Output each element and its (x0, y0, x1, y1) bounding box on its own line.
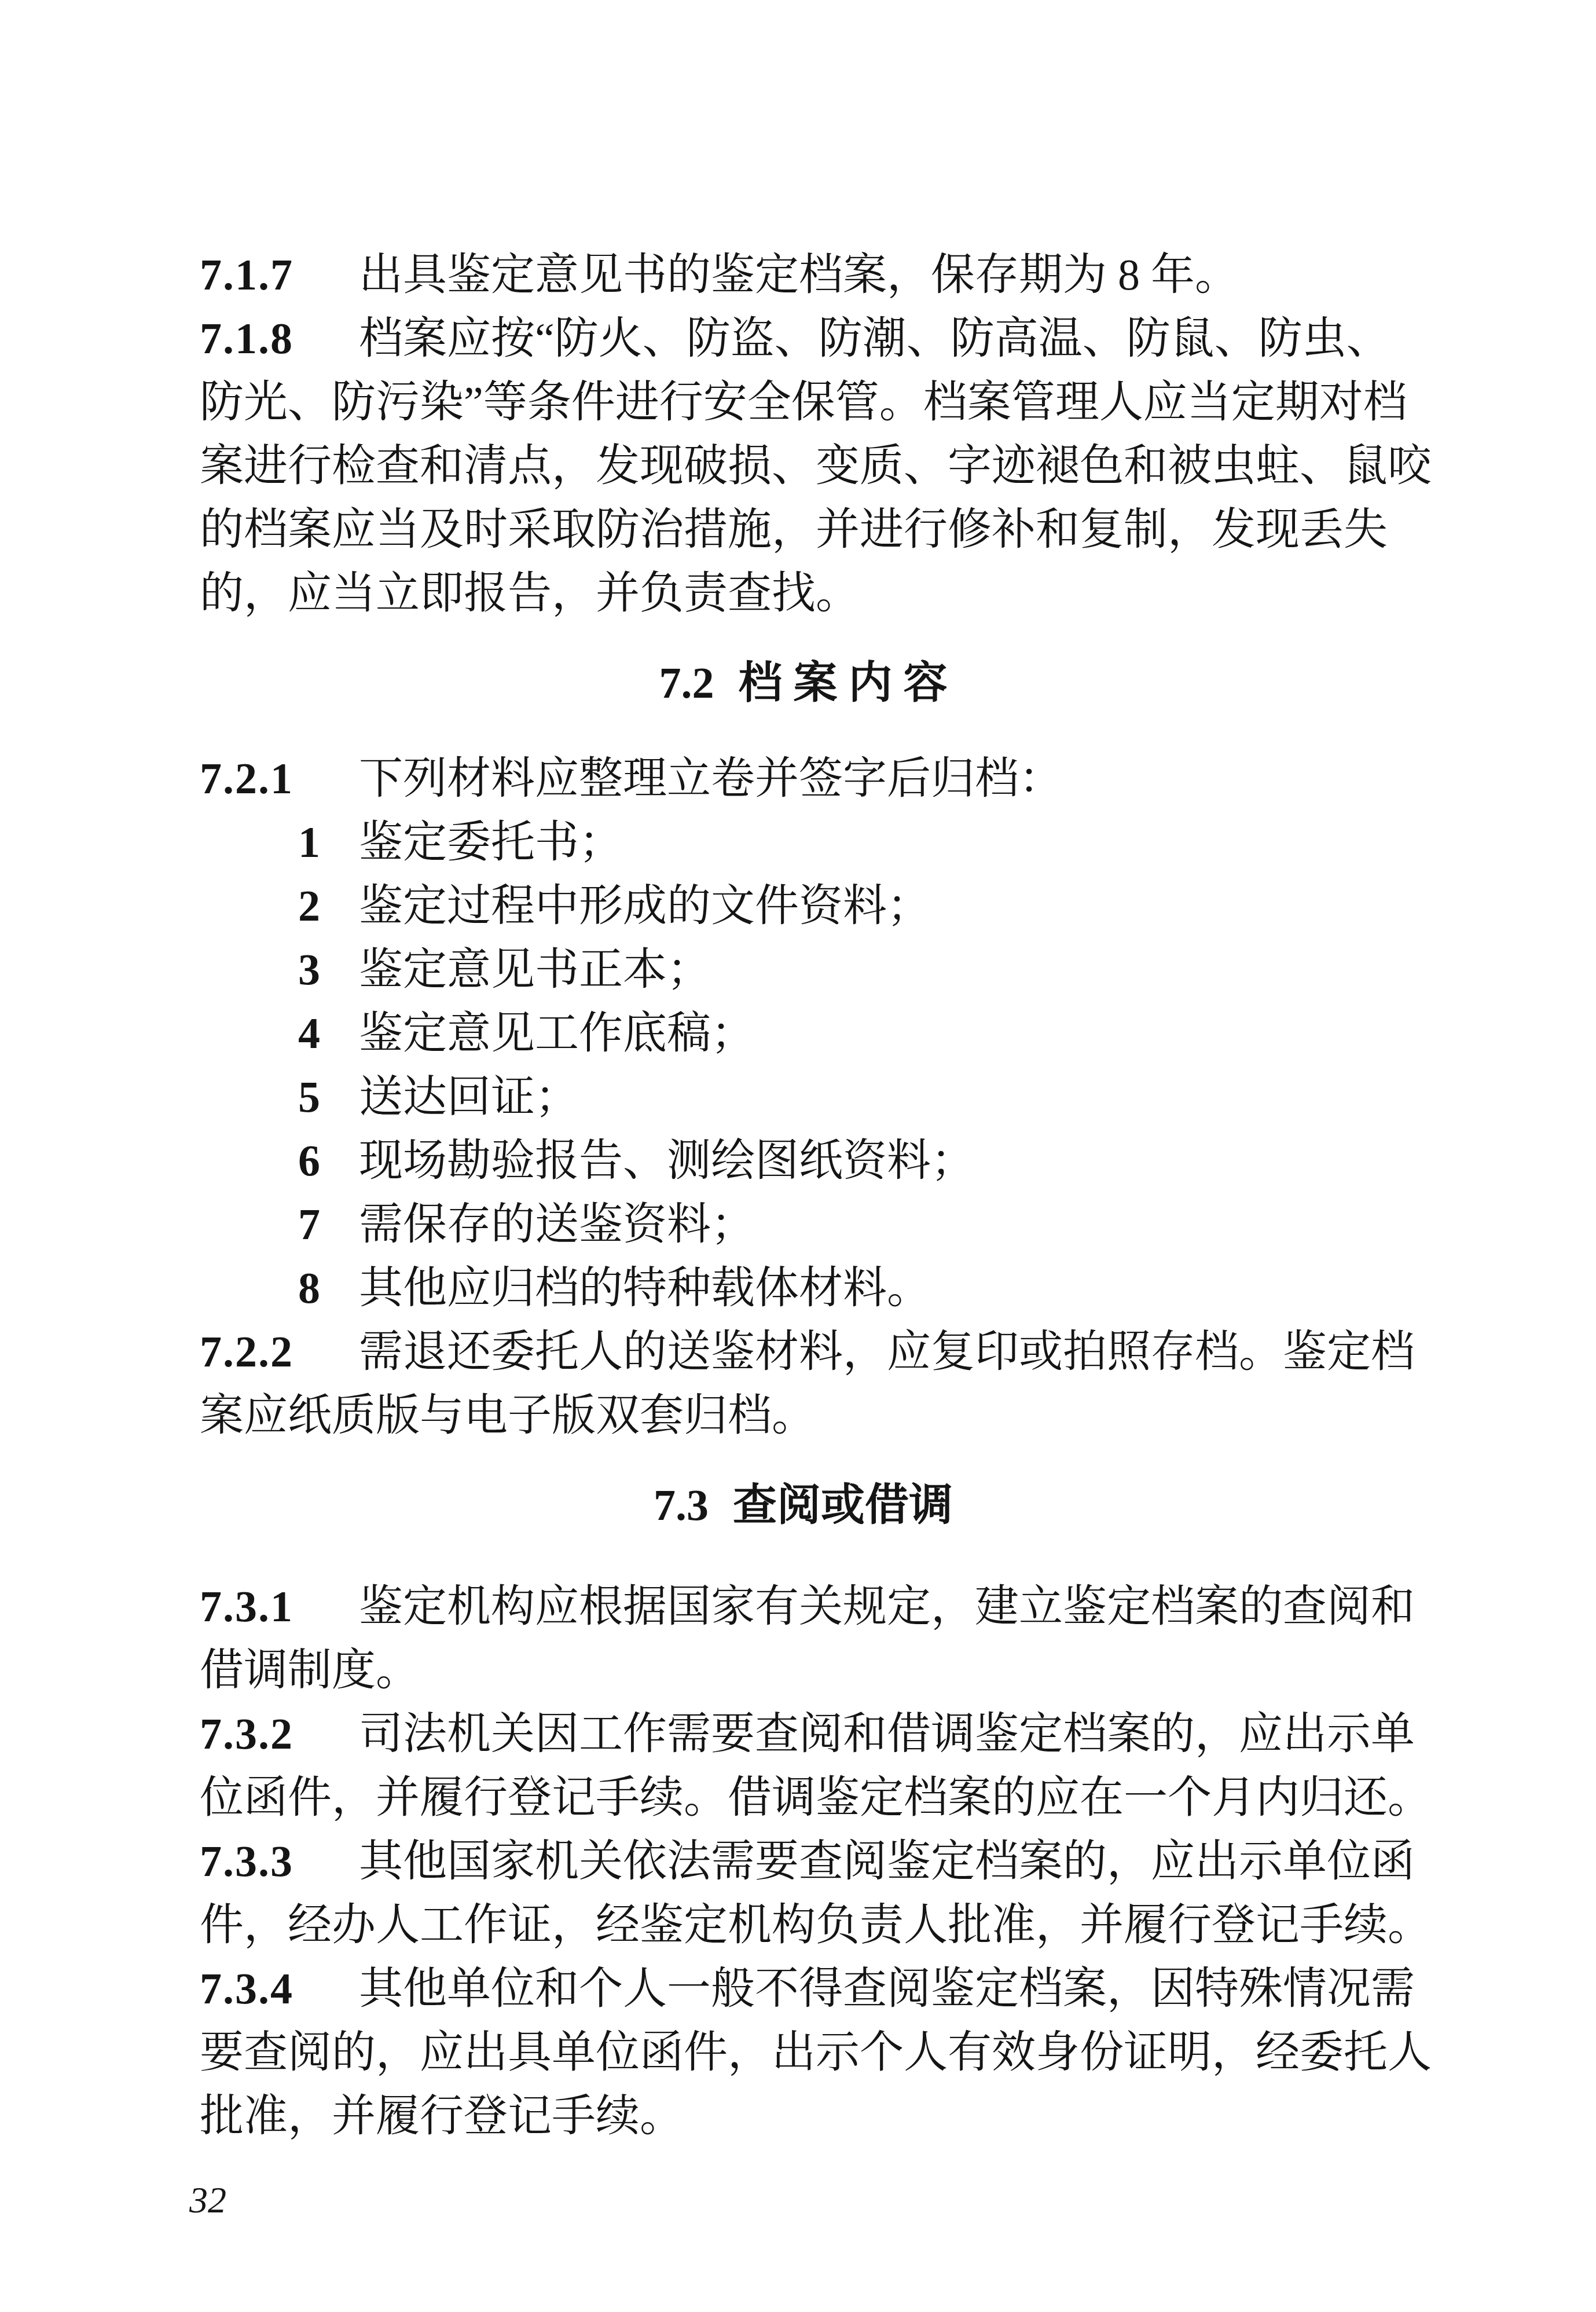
clause-7-3-4: 7.3.4其他单位和个人一般不得查阅鉴定档案，因特殊情况需 要查阅的，应出具单位… (200, 1957, 1459, 2148)
clause-number: 7.1.8 (200, 307, 359, 371)
section-heading-7-3: 7.3查阅或借调 (174, 1474, 1433, 1537)
section-number: 7.2 (659, 659, 714, 708)
clause-7-3-3: 7.3.3其他国家机关依法需要查阅鉴定档案的，应出示单位函 件，经办人工作证，经… (200, 1830, 1459, 1957)
list-item-number: 3 (298, 938, 359, 1002)
clause-7-1-7: 7.1.7出具鉴定意见书的鉴定档案，保存期为 8 年。 (200, 243, 1459, 307)
scanned-document-page: { "page": { "background": "#ffffff", "te… (0, 0, 1596, 2312)
list-item: 7需保存的送鉴资料； (200, 1193, 1459, 1256)
clause-text: 档案应按“防火、防盗、防潮、防高温、防鼠、防虫、 防光、防污染”等条件进行安全保… (200, 314, 1432, 618)
list-item: 8其他应归档的特种载体材料。 (200, 1256, 1459, 1320)
section-number: 7.3 (654, 1481, 709, 1530)
list-item-number: 2 (298, 874, 359, 938)
list-item: 3鉴定意见书正本； (200, 938, 1459, 1002)
list-item-text: 鉴定委托书； (359, 818, 623, 867)
list-item-number: 6 (298, 1129, 359, 1193)
section-title: 查阅或借调 (733, 1481, 953, 1530)
page-number: 32 (189, 2168, 1459, 2232)
list-item: 2鉴定过程中形成的文件资料； (200, 874, 1459, 938)
list-item: 5送达回证； (200, 1065, 1459, 1129)
archive-materials-list: 1鉴定委托书； 2鉴定过程中形成的文件资料； 3鉴定意见书正本； 4鉴定意见工作… (200, 811, 1459, 1320)
list-item-number: 5 (298, 1065, 359, 1129)
clause-text: 出具鉴定意见书的鉴定档案，保存期为 8 年。 (359, 251, 1239, 299)
list-item-text: 需保存的送鉴资料； (359, 1200, 755, 1249)
clause-number: 7.3.3 (200, 1830, 359, 1893)
clause-text: 其他单位和个人一般不得查阅鉴定档案，因特殊情况需 要查阅的，应出具单位函件，出示… (200, 1965, 1432, 2141)
clause-number: 7.3.2 (200, 1702, 359, 1766)
clause-number: 7.1.7 (200, 243, 359, 307)
list-item-text: 送达回证； (359, 1073, 579, 1122)
clause-7-2-2: 7.2.2需退还委托人的送鉴材料，应复印或拍照存档。鉴定档 案应纸质版与电子版双… (200, 1320, 1459, 1448)
section-title: 档 案 内 容 (739, 659, 948, 708)
clause-number: 7.3.1 (200, 1575, 359, 1639)
clause-7-3-2: 7.3.2司法机关因工作需要查阅和借调鉴定档案的，应出示单 位函件，并履行登记手… (200, 1702, 1459, 1830)
list-item-text: 鉴定过程中形成的文件资料； (359, 882, 931, 930)
list-item-number: 4 (298, 1002, 359, 1065)
list-item-text: 鉴定意见书正本； (359, 946, 711, 994)
list-item: 1鉴定委托书； (200, 811, 1459, 874)
list-item-text: 现场勘验报告、测绘图纸资料； (359, 1137, 975, 1185)
list-item: 4鉴定意见工作底稿； (200, 1002, 1459, 1065)
clause-number: 7.2.1 (200, 747, 359, 811)
section-heading-7-2: 7.2档 案 内 容 (174, 651, 1433, 715)
clause-7-3-1: 7.3.1鉴定机构应根据国家有关规定，建立鉴定档案的查阅和 借调制度。 (200, 1575, 1459, 1702)
clause-number: 7.3.4 (200, 1957, 359, 2021)
clause-text: 其他国家机关依法需要查阅鉴定档案的，应出示单位函 件，经办人工作证，经鉴定机构负… (200, 1837, 1432, 1950)
list-item-number: 7 (298, 1193, 359, 1256)
clause-text: 需退还委托人的送鉴材料，应复印或拍照存档。鉴定档 案应纸质版与电子版双套归档。 (200, 1328, 1415, 1440)
clause-text: 下列材料应整理立卷并签字后归档： (359, 754, 1063, 803)
clause-text: 司法机关因工作需要查阅和借调鉴定档案的，应出示单 位函件，并履行登记手续。借调鉴… (200, 1710, 1432, 1822)
clause-7-2-1: 7.2.1下列材料应整理立卷并签字后归档： (200, 747, 1459, 811)
list-item-number: 8 (298, 1256, 359, 1320)
list-item-number: 1 (298, 811, 359, 874)
clause-7-1-8: 7.1.8档案应按“防火、防盗、防潮、防高温、防鼠、防虫、 防光、防污染”等条件… (200, 307, 1459, 625)
list-item-text: 其他应归档的特种载体材料。 (359, 1264, 931, 1313)
page-content: 7.1.7出具鉴定意见书的鉴定档案，保存期为 8 年。 7.1.8档案应按“防火… (0, 0, 1596, 2312)
list-item-text: 鉴定意见工作底稿； (359, 1009, 755, 1058)
clause-text: 鉴定机构应根据国家有关规定，建立鉴定档案的查阅和 借调制度。 (200, 1582, 1415, 1695)
list-item: 6现场勘验报告、测绘图纸资料； (200, 1129, 1459, 1193)
clause-number: 7.2.2 (200, 1320, 359, 1384)
